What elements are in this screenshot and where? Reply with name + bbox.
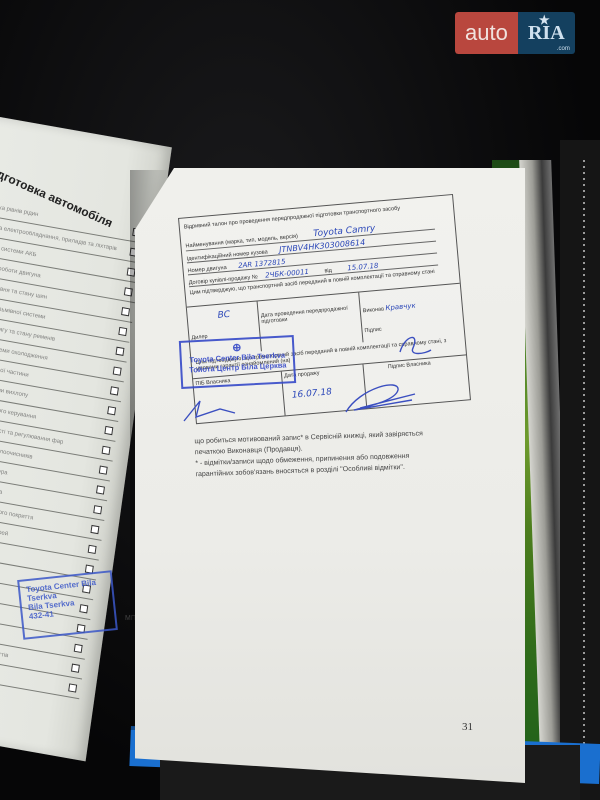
- dealer-stamp: ⊕ Toyota Center Bila Tserkva Тойота Цент…: [179, 335, 296, 389]
- checkbox-icon: [121, 307, 130, 316]
- checkbox-icon: [71, 663, 80, 672]
- checkbox-icon: [90, 524, 99, 533]
- logo-auto-part: auto: [455, 12, 518, 54]
- book-cover: [560, 140, 600, 800]
- pre-sale-coupon-form: Відривний талон про проведення передпрод…: [178, 194, 471, 424]
- checkbox-icon: [96, 485, 105, 494]
- checkbox-icon: [118, 326, 127, 335]
- logo-ria-part: ★ RIA .com: [518, 12, 575, 54]
- checkbox-icon: [104, 425, 113, 434]
- owner-signature: [340, 378, 420, 418]
- checkbox-icon: [99, 465, 108, 474]
- dealer-stamp-left: Toyota Center Bila Tserkva Bila Tserkva …: [17, 570, 118, 640]
- checkbox-icon: [88, 544, 97, 553]
- executor-signature: [395, 330, 435, 360]
- field-contract-date: 15.07.18: [347, 262, 379, 273]
- dealer-value: BC: [217, 307, 260, 321]
- checkbox-icon: [116, 346, 125, 355]
- checkbox-icon: [74, 643, 83, 652]
- autoria-logo[interactable]: auto ★ RIA .com: [455, 12, 575, 54]
- field-contract-value: 2ЧБК-00011: [265, 268, 309, 280]
- star-icon: ★: [539, 13, 550, 28]
- checkbox-icon: [107, 406, 116, 415]
- cover-stitching: [583, 160, 585, 760]
- footnote-text: що робиться мотивований запис* в Сервісн…: [194, 428, 440, 481]
- checkbox-icon: [110, 386, 119, 395]
- page-number: 31: [462, 721, 473, 733]
- checkbox-icon: [102, 445, 111, 454]
- checkbox-icon: [113, 366, 122, 375]
- owner-name-signature: [180, 395, 240, 425]
- field-engine-value: 2AR 1372815: [238, 258, 286, 270]
- executor-value: Кравчук: [385, 302, 416, 313]
- photo-scene: Підготовка автомобіля Перевірка рівнів р…: [0, 0, 600, 800]
- checkbox-icon: [68, 683, 77, 692]
- checkbox-icon: [93, 505, 102, 514]
